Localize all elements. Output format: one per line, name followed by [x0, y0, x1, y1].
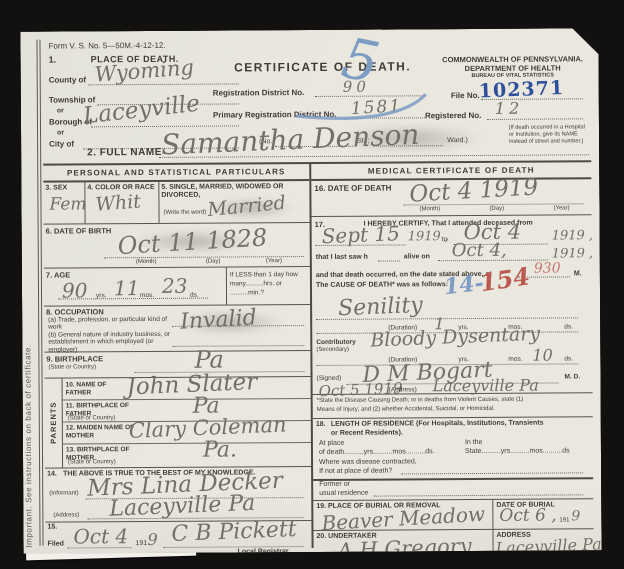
of-death-line: of death..........yrs..........mos......…: [319, 448, 435, 456]
contracted-line-2: If not at place of death?: [319, 468, 392, 475]
row-occupation: 8. OCCUPATION (a) Trade, profession, or …: [44, 305, 310, 353]
row-mother-name: 12. MAIDEN NAME OF MOTHER Clary Coleman: [63, 421, 311, 445]
race-label: 4. COLOR OR RACE: [87, 184, 154, 191]
last-saw-post: alive on: [404, 253, 430, 260]
row-father-name: 10. NAME OF FATHER John Slater: [63, 377, 311, 401]
state-line: State..........yrs..........mos.........…: [465, 447, 570, 455]
attended-from-handwriting: Sept 15: [321, 223, 400, 246]
undertaker-address-cell: ADDRESS Laceyville Pa: [493, 529, 593, 563]
row-undertaker: 20. UNDERTAKER A H Gregory ADDRESS Lacey…: [313, 529, 593, 564]
residence-label-2: or Recent Residents).: [331, 429, 403, 436]
personal-column: PERSONAL AND STATISTICAL PARTICULARS 3. …: [43, 164, 313, 550]
pen-mark-5: 5: [337, 31, 383, 93]
sex-label: 3. SEX: [45, 184, 67, 191]
parents-rows: 10. NAME OF FATHER John Slater 11. BIRTH…: [63, 377, 312, 468]
full-name-label: 2. FULL NAME: [87, 147, 162, 158]
main-table: PERSONAL AND STATISTICAL PARTICULARS 3. …: [43, 160, 593, 549]
row-date-of-birth: 6. DATE OF BIRTH Oct 11 1828 (Month) (Da…: [44, 223, 310, 269]
undertaker-line: [318, 558, 486, 560]
cause-line-label: The CAUSE OF DEATH* was as follows:: [316, 281, 448, 289]
physician-address-label: (Address): [389, 386, 417, 393]
in-the-label: In the: [465, 439, 483, 446]
item-1: 1.: [49, 55, 57, 65]
undertaker-address-handwriting: Laceyville Pa: [495, 536, 602, 556]
contributory-handwriting: Bloody Dysentary: [370, 325, 540, 351]
dob-label: 6. DATE OF BIRTH: [46, 226, 112, 235]
reg-district-label: Registration District No.: [213, 88, 305, 98]
undertaker-address-line: [496, 557, 590, 559]
row-informant: 14. THE ABOVE IS TRUE TO THE BEST OF MY …: [45, 467, 311, 523]
occupation-b-label: (b) General nature of industry business,…: [48, 331, 173, 354]
certificate-paper: Important. See instructions on back of c…: [20, 28, 601, 554]
filed-year-digit: 9: [147, 532, 157, 548]
cause-handwriting: Senility: [338, 295, 423, 320]
occupation-a-label: (a) Trade, profession, or particular kin…: [48, 316, 168, 332]
certificate-title: CERTIFICATE OF DEATH.: [213, 59, 433, 74]
item-14: 14.: [47, 471, 57, 478]
filed-label: Filed: [48, 541, 64, 548]
burial-place-cell: 19. PLACE OF BURIAL OR REMOVAL Beaver Me…: [313, 500, 493, 530]
filed-year-print: 191: [136, 540, 148, 547]
form-content: Form V. S. No. 5—50M.-4-12-12. 1. PLACE …: [42, 30, 593, 549]
file-no-label: File No.: [451, 91, 480, 100]
age-cell: 7. AGE 90 yrs. 11 mos. 23 ds.: [44, 268, 226, 306]
age-days-handwriting: 23: [162, 276, 188, 296]
burial-date-handwriting: Oct 6 ,: [499, 508, 556, 525]
parents-block: PARENTS 10. NAME OF FATHER John Slater 1…: [45, 377, 312, 469]
row-former-residence: Former or usual residence: [313, 479, 593, 501]
row-burial: 19. PLACE OF BURIAL OR REMOVAL Beaver Me…: [313, 499, 593, 531]
county-handwriting: Wyoming: [94, 57, 195, 85]
medical-column: MEDICAL CERTIFICATE OF DEATH 16. DATE OF…: [311, 162, 593, 548]
time-handwriting: 930: [534, 261, 561, 275]
dod-year-hint: (Year): [553, 205, 569, 211]
birthplace-handwriting: Pa: [194, 348, 224, 372]
occupation-handwriting: Invalid: [180, 307, 258, 333]
occupation-line-b: [172, 345, 304, 347]
at-place-label: At place: [319, 440, 344, 447]
race-cell: 4. COLOR OR RACE Whit: [85, 182, 159, 223]
county-label: County of: [49, 75, 86, 84]
age-note-cell: If LESS than 1 day how many..........hrs…: [226, 267, 310, 305]
dod-label: 16. DATE OF DEATH: [314, 184, 391, 193]
dob-month-hint: (Month): [136, 259, 157, 265]
dod-month-hint: (Month): [419, 206, 440, 212]
parents-strip: PARENTS: [45, 379, 64, 468]
informant-address-label: (Address): [53, 512, 79, 518]
borough-handwriting: Laceyville: [82, 93, 201, 129]
personal-section-title: PERSONAL AND STATISTICAL PARTICULARS: [43, 164, 309, 183]
hospital-note: [If death occurred in a Hospital or Inst…: [509, 124, 589, 145]
dod-handwriting: Oct 4 1919: [409, 176, 539, 206]
full-name-handwriting: Samantha Denson: [161, 121, 420, 160]
race-handwriting: Whit: [95, 192, 142, 214]
former-line-fill: [373, 494, 583, 496]
age-note: If LESS than 1 day how many..........hrs…: [230, 270, 308, 298]
dod-day-hint: (Day): [489, 206, 504, 212]
father-name-label: 10. NAME OF FATHER: [66, 381, 126, 397]
parents-label: PARENTS: [49, 402, 58, 444]
former-line-2: usual residence: [319, 490, 368, 497]
registrar-signature: C B Pickett: [171, 519, 297, 546]
mother-state-hint: (State or Country): [68, 459, 116, 465]
registered-no-label: Registered No.: [425, 111, 482, 120]
alive-on-line: [438, 260, 548, 262]
birthplace-label: 9. BIRTHPLACE: [46, 354, 103, 363]
form-number: Form V. S. No. 5—50M.-4-12-12.: [48, 41, 165, 51]
ds-label-2: ds.: [564, 355, 573, 362]
dob-year-hint: (Year): [266, 258, 282, 264]
death-certificate: Important. See instructions on back of c…: [0, 0, 624, 569]
secondary-hint: (Secondary): [316, 347, 349, 353]
city-label: City of: [49, 139, 74, 148]
last-saw-pre: that I last saw h: [316, 254, 368, 261]
cause-line: [316, 317, 578, 320]
dob-handwriting: Oct 11 1828: [117, 225, 268, 258]
item-18: 18.: [316, 421, 326, 428]
informant-label: (Informant): [49, 490, 78, 496]
mother-name-label: 12. MAIDEN NAME OF MOTHER: [66, 424, 136, 440]
marital-hint: (Write the word): [164, 210, 207, 216]
contracted-line-fill: [401, 472, 583, 474]
mother-birthplace-handwriting: Pa.: [203, 439, 237, 461]
dob-day-hint: (Day): [206, 259, 221, 265]
medical-section-title: MEDICAL CERTIFICATE OF DEATH: [311, 162, 591, 181]
sex-handwriting: Fem: [49, 196, 86, 213]
md-label: M. D.: [565, 373, 581, 380]
mos-label-2: mos.: [508, 356, 522, 363]
former-line-1: Former or: [319, 481, 350, 488]
row-residence: 18. LENGTH OF RESIDENCE (For Hospitals, …: [313, 417, 593, 481]
year-b-handwriting: 1919 ,: [552, 229, 593, 242]
row-footnote: *State the Disease Causing Death; or in …: [313, 393, 593, 419]
index-red-handwriting: 154: [478, 264, 531, 295]
ds-label-1: ds.: [564, 323, 573, 330]
filed-line-a: [68, 547, 132, 548]
registered-no-handwriting: 12: [495, 101, 523, 117]
birthplace-state-hint: (State or Country): [48, 364, 96, 370]
occupation-label: 8. OCCUPATION: [46, 307, 104, 316]
or-b: or: [57, 130, 64, 137]
local-registrar-label: Local Registrar: [238, 548, 289, 555]
year-c-handwriting: 1919 ,: [552, 247, 593, 260]
row-sex-race-marital: 3. SEX Fem 4. COLOR OR RACE Whit 5. SING…: [43, 181, 309, 225]
burial-year-print: 191: [559, 517, 569, 523]
row-certification: 17. I HEREBY CERTIFY, That I attended de…: [312, 215, 593, 395]
to-label: to: [442, 236, 448, 243]
undertaker-cell: 20. UNDERTAKER A H Gregory: [313, 530, 493, 564]
registered-no-line: [487, 118, 583, 120]
footnote-line-2: Means of Injury; and (2) whether Acciden…: [317, 405, 587, 413]
age-months-handwriting: 11: [114, 278, 140, 298]
footnote-line-1: *State the Disease Causing Death; or in …: [317, 396, 587, 404]
filed-date-handwriting: Oct 4: [73, 526, 128, 546]
physician-address-handwriting: Laceyville Pa: [433, 378, 539, 395]
undertaker-handwriting: A H Gregory: [337, 536, 472, 562]
row-mother-birthplace: 13. BIRTHPLACE OF MOTHER (State or Count…: [63, 443, 311, 468]
sex-cell: 3. SEX Fem: [43, 182, 85, 223]
row-date-of-death: 16. DATE OF DEATH Oct 4 1919 (Month) (Da…: [311, 179, 591, 217]
alive-on-handwriting: Oct 4,: [452, 242, 507, 260]
row-age: 7. AGE 90 yrs. 11 mos. 23 ds. If LESS th…: [44, 267, 310, 307]
burial-year-digit: 9: [571, 509, 580, 523]
marital-cell: 5. SINGLE, MARRIED, WIDOWED OR DIVORCED,…: [159, 181, 309, 223]
left-margin-instructions: Important. See instructions on back of c…: [22, 128, 34, 548]
father-state-hint: (State or Country): [68, 415, 116, 421]
or-a: or: [57, 108, 64, 115]
contrib-duration-days: 10: [532, 348, 552, 364]
last-saw-blank: [378, 260, 400, 261]
contracted-line-1: Where was disease contracted,: [319, 458, 417, 466]
residence-label: LENGTH OF RESIDENCE (For Hospitals, Inst…: [331, 419, 589, 428]
contributory-label: Contributory: [316, 339, 355, 346]
item-15: 15.: [47, 524, 57, 531]
m-label: M.: [574, 270, 582, 277]
burial-date-cell: DATE OF BURIAL Oct 6 , 191 9: [493, 499, 593, 529]
